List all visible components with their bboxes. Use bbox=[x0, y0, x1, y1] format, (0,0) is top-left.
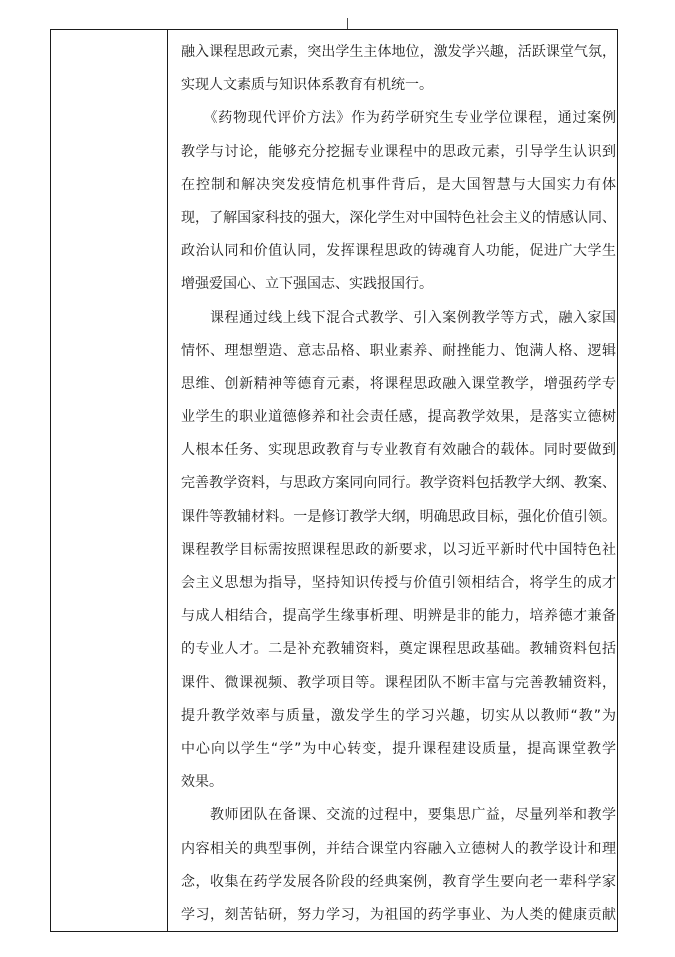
text-line: 提升教学效率与质量，激发学生的学习兴趣，切实从以教师“教”为 bbox=[181, 700, 616, 733]
text-line: 现，了解国家科技的强大，深化学生对中国特色社会主义的情感认同、 bbox=[181, 202, 616, 235]
table-cell-content: 融入课程思政元素，突出学生主体地位，激发学兴趣，活跃课堂气氛，实现人文素质与知识… bbox=[168, 30, 617, 931]
text-line: 融入课程思政元素，突出学生主体地位，激发学兴趣，活跃课堂气氛， bbox=[181, 36, 616, 69]
text-line: 学习，刻苦钻研，努力学习，为祖国的药学事业、为人类的健康贡献 bbox=[181, 899, 616, 931]
text-line: 中心向以学生“学”为中心转变，提升课程建设质量，提高课堂教学 bbox=[181, 733, 616, 766]
document-page: 融入课程思政元素，突出学生主体地位，激发学兴趣，活跃课堂气氛，实现人文素质与知识… bbox=[0, 0, 675, 957]
text-line: 念，收集在药学发展各阶段的经典案例，教育学生要向老一辈科学家 bbox=[181, 866, 616, 899]
text-line: 在控制和解决突发疫情危机事件背后，是大国智慧与大国实力有体 bbox=[181, 169, 616, 202]
text-line: 课程通过线上线下混合式教学、引入案例教学等方式，融入家国 bbox=[181, 302, 616, 335]
text-line: 内容相关的典型事例，并结合课堂内容融入立德树人的教学设计和理 bbox=[181, 833, 616, 866]
text-line: 教师团队在备课、交流的过程中，要集思广益，尽量列举和教学 bbox=[181, 799, 616, 832]
text-line: 的专业人才。二是补充教辅资料，奠定课程思政基础。教辅资料包括 bbox=[181, 633, 616, 666]
text-line: 人根本任务、实现思政教育与专业教育有效融合的载体。同时要做到 bbox=[181, 434, 616, 467]
text-line: 业学生的职业道德修养和社会责任感，提高教学效果，是落实立德树 bbox=[181, 401, 616, 434]
text-line: 完善教学资料，与思政方案同向同行。教学资料包括教学大纲、教案、 bbox=[181, 467, 616, 500]
text-line: 政治认同和价值认同，发挥课程思政的铸魂育人功能，促进广大学生 bbox=[181, 235, 616, 268]
table-cell-label bbox=[51, 30, 168, 931]
text-line: 教学与讨论，能够充分挖掘专业课程中的思政元素，引导学生认识到 bbox=[181, 136, 616, 169]
text-line: 《药物现代评价方法》作为药学研究生专业学位课程，通过案例 bbox=[181, 102, 616, 135]
text-line: 会主义思想为指导，坚持知识传授与价值引领相结合，将学生的成才 bbox=[181, 567, 616, 600]
text-line: 情怀、理想塑造、意志品格、职业素养、耐挫能力、饱满人格、逻辑 bbox=[181, 335, 616, 368]
text-line: 增强爱国心、立下强国志、实践报国行。 bbox=[181, 268, 616, 301]
text-line: 实现人文素质与知识体系教育有机统一。 bbox=[181, 69, 616, 102]
text-line: 课件等教辅材料。一是修订教学大纲，明确思政目标，强化价值引领。 bbox=[181, 501, 616, 534]
content-table: 融入课程思政元素，突出学生主体地位，激发学兴趣，活跃课堂气氛，实现人文素质与知识… bbox=[50, 29, 618, 932]
text-line: 课件、微课视频、教学项目等。课程团队不断丰富与完善教辅资料， bbox=[181, 667, 616, 700]
text-line: 与成人相结合，提高学生缘事析理、明辨是非的能力，培养德才兼备 bbox=[181, 600, 616, 633]
text-line: 思维、创新精神等德育元素，将课程思政融入课堂教学，增强药学专 bbox=[181, 368, 616, 401]
text-line: 效果。 bbox=[181, 766, 616, 799]
text-line: 课程教学目标需按照课程思政的新要求，以习近平新时代中国特色社 bbox=[181, 534, 616, 567]
